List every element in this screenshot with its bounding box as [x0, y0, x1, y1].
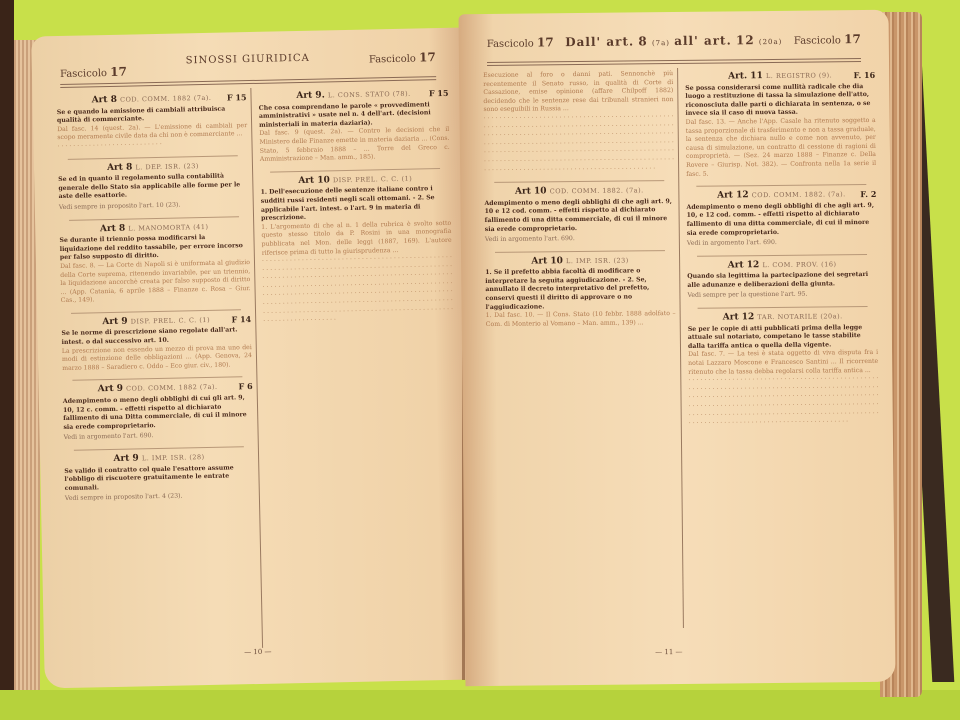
- article-entry: Art 8 COD. COMM. 1882 (7a).F 15 Se e qua…: [56, 93, 247, 152]
- article-number: Art 9.: [296, 90, 325, 101]
- article-number: Art 10: [531, 256, 563, 266]
- article-body: Dal fasc. 8. — La Corte di Napoli si è u…: [60, 259, 251, 306]
- separator: [495, 250, 665, 253]
- article-see-also: Vedi in argomento l'art. 690.: [485, 234, 675, 245]
- article-source: L. DEP. ISR. (23): [135, 162, 199, 171]
- article-number: Art 8: [92, 95, 117, 106]
- separator: [698, 306, 868, 309]
- left-page: Fascicolo 17 SINOSSI GIURIDICA Fascicolo…: [31, 28, 477, 689]
- running-title-to: all' art.: [674, 33, 732, 48]
- article-body: Dal fasc. 7. — La tesi è stata oggetto d…: [688, 349, 878, 377]
- article-entry: Art 12 COD. COMM. 1882. (7a).F. 2 Adempi…: [686, 190, 877, 249]
- article-entry: Art 10 DISP. PREL. C. C. (1) 1. Dell'ese…: [260, 174, 453, 327]
- article-entry: Art 10 COD. COMM. 1882. (7a). Adempiment…: [484, 186, 675, 245]
- fascicolo-number: 17: [844, 32, 861, 46]
- article-number: Art 10: [298, 175, 330, 186]
- article-source: L. MANOMORTA (41): [128, 222, 208, 232]
- article-entry: Art 12 L. COM. PROV. (16) Quando sia leg…: [687, 260, 877, 301]
- article-body: Dal fasc. 13. — Anche l'App. Casale ha r…: [686, 117, 877, 179]
- fascicolo-number: 17: [419, 50, 436, 64]
- separator: [494, 180, 664, 183]
- column-divider: [677, 68, 684, 628]
- article-source: COD. COMM. 1882. (7a).: [752, 190, 846, 199]
- page-number: — 10 —: [244, 648, 272, 657]
- right-page-header: Fascicolo 17 Dall' art. 8 (7a) all' art.…: [487, 32, 861, 58]
- separator: [71, 309, 241, 314]
- article-source: L. COM. PROV. (16): [762, 260, 836, 269]
- article-question: Se possa considerarsi come nullità radic…: [685, 83, 875, 119]
- article-entry: Art 8 L. DEP. ISR. (23) Se ed in quanto …: [58, 161, 249, 213]
- article-body: Dal fasc. 9 (quest. 2a). — Contro le dec…: [259, 126, 450, 164]
- background-surface: [0, 690, 960, 720]
- article-entry: Art 8 L. MANOMORTA (41) Se durante il tr…: [59, 222, 251, 306]
- article-entry: Art 12 TAR. NOTARILE (20a). Se per le co…: [688, 312, 879, 429]
- article-entry: Art 9 COD. COMM. 1882 (7a).F 6 Adempimen…: [63, 382, 254, 443]
- fascicolo-label: Fascicolo: [794, 35, 841, 46]
- running-title-to-num: 12: [736, 33, 755, 47]
- article-ref: F. 2: [860, 190, 876, 199]
- article-ref: F 14: [231, 315, 251, 324]
- article-see-also: Vedi sempre in proposito l'art. 4 (23).: [65, 491, 255, 504]
- separator: [68, 155, 238, 160]
- article-number: Art 10: [515, 186, 547, 196]
- right-page-column-1: Esecuzione al foro o danni pati. Sennonc…: [483, 70, 676, 336]
- article-ref: F 6: [238, 382, 252, 391]
- running-title-to-src: (20a): [759, 38, 783, 46]
- separator: [72, 377, 242, 382]
- article-entry: Art 10 L. IMP. ISR. (23) 1. Se il prefet…: [485, 256, 676, 330]
- article-question: 1. Dell'esecuzione delle sentenze italia…: [260, 185, 451, 223]
- article-question: Se ed in quanto il regolamento sulla con…: [58, 172, 248, 202]
- left-page-column-1: Art 8 COD. COMM. 1882 (7a).F 15 Se e qua…: [56, 90, 255, 511]
- page-number: — 11 —: [655, 648, 682, 656]
- article-number: Art 9: [102, 317, 127, 328]
- article-body-continued: · · · · · · · · · · · · · · · · · · · · …: [688, 375, 879, 429]
- article-number: Art 12: [717, 190, 749, 200]
- article-source: DISP. PREL. C. C. (1): [131, 316, 210, 326]
- header-rule: [487, 58, 861, 66]
- running-title-from: Dall' art.: [565, 34, 634, 49]
- article-body: 1. Dal fasc. 10. — Il Cons. Stato (10 fe…: [486, 310, 676, 329]
- fascicolo-label: Fascicolo: [369, 54, 416, 66]
- left-page-header: Fascicolo 17 SINOSSI GIURIDICA Fascicolo…: [60, 50, 436, 80]
- article-ref: F 15: [227, 93, 247, 102]
- article-question: Adempimento o meno degli obblighi di che…: [484, 198, 674, 234]
- article-source: DISP. PREL. C. C. (1): [333, 174, 412, 184]
- article-source: L. IMP. ISR. (23): [566, 256, 629, 265]
- article-source: L. CONS. STATO (78).: [328, 90, 411, 100]
- article-question: Adempimento o meno degli obblighi di cui…: [63, 394, 254, 432]
- article-source: L. IMP. ISR. (28): [142, 453, 205, 462]
- article-entry: Art. 11 L. REGISTRO (9).F. 16 Se possa c…: [685, 71, 876, 179]
- right-page: Fascicolo 17 Dall' art. 8 (7a) all' art.…: [458, 10, 895, 686]
- article-source: COD. COMM. 1882 (7a).: [126, 383, 218, 393]
- article-entry: Art 9 DISP. PREL. C. C. (1)F 14 Se le no…: [61, 315, 252, 374]
- article-number: Art 12: [723, 312, 755, 322]
- article-question: Adempimento o meno degli obblighi di che…: [686, 202, 876, 238]
- separator: [270, 168, 440, 173]
- article-entry: Art 9 L. IMP. ISR. (28) Se valido il con…: [64, 452, 255, 504]
- article-number: Art 9: [113, 453, 138, 464]
- article-number: Art 8: [107, 162, 132, 173]
- article-see-also: Vedi in argomento l'art. 690.: [687, 238, 877, 249]
- book-cover-edge-left: [0, 0, 14, 720]
- article-body-continued: · · · · · · · · · · · · · · · · · · · · …: [484, 113, 675, 175]
- left-page-column-2: Art 9. L. CONS. STATO (78).F 15 Che cosa…: [258, 86, 453, 334]
- article-body-continued: · · · · · · · · · · · · · · · · · · · · …: [262, 254, 453, 327]
- article-body: Esecuzione al foro o danni pati. Sennonc…: [483, 70, 673, 115]
- article-source: TAR. NOTARILE (20a).: [757, 312, 842, 321]
- article-see-also: Vedi sempre per la questione l'art. 95.: [687, 290, 877, 301]
- running-title-from-src: (7a): [652, 39, 670, 47]
- article-ref: F. 16: [854, 71, 876, 80]
- article-number: Art. 11: [728, 71, 763, 81]
- article-question: 1. Se il prefetto abbia facoltà di modif…: [485, 267, 675, 312]
- article-entry: Esecuzione al foro o danni pati. Sennonc…: [483, 70, 674, 175]
- article-number: Art 9: [98, 384, 123, 395]
- separator: [697, 254, 867, 257]
- article-body: La prescrizione non essendo un mezzo di …: [62, 344, 252, 374]
- article-see-also: Vedi in argomento l'art. 690.: [64, 430, 254, 443]
- article-question: Quando sia legittima la partecipazione d…: [687, 271, 877, 290]
- separator: [696, 184, 866, 187]
- article-body: 1. L'argomento di che al n. 1 della rubr…: [261, 220, 452, 258]
- article-question: Che cosa comprendano le parole « provved…: [259, 100, 449, 130]
- article-source: COD. COMM. 1882. (7a).: [550, 186, 644, 195]
- fascicolo-label: Fascicolo: [60, 68, 107, 80]
- article-see-also: Vedi sempre in proposito l'art. 10 (23).: [59, 200, 249, 213]
- article-entry: Art 9. L. CONS. STATO (78).F 15 Che cosa…: [258, 89, 449, 165]
- running-title-from-num: 8: [638, 34, 648, 48]
- article-number: Art 8: [100, 223, 125, 234]
- article-ref: F 15: [429, 89, 449, 98]
- article-number: Art 12: [728, 260, 760, 270]
- article-question: Se per le copie di atti pubblicati prima…: [688, 324, 878, 352]
- article-question: Se valido il contratto col quale l'esatt…: [64, 464, 254, 494]
- right-page-column-2: Art. 11 L. REGISTRO (9).F. 16 Se possa c…: [685, 68, 879, 436]
- article-source: COD. COMM. 1882 (7a).: [120, 94, 212, 104]
- separator: [74, 446, 244, 451]
- article-question: Se durante il triennio possa modificarsi…: [59, 233, 249, 263]
- article-source: L. REGISTRO (9).: [766, 71, 832, 80]
- separator: [69, 216, 239, 221]
